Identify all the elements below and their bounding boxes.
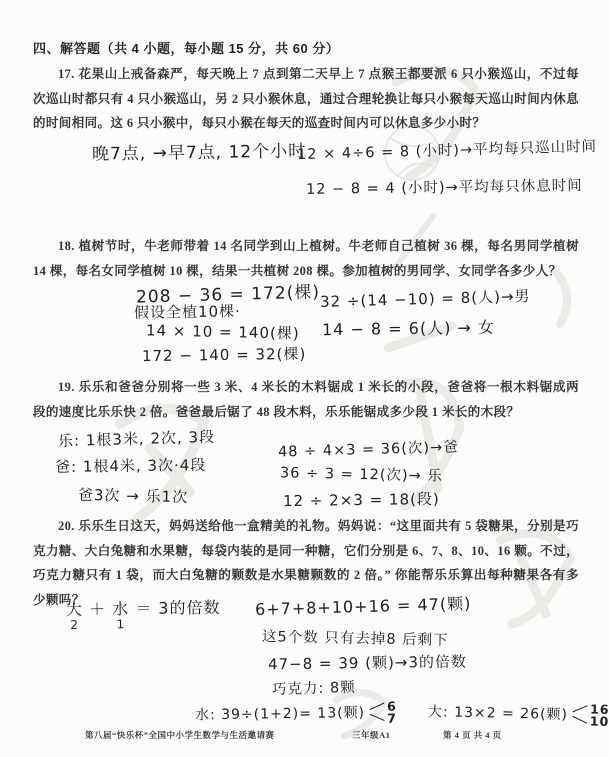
footer-competition-title: 第八届“快乐杯”全国中小学生数学与生活邀请赛	[85, 729, 275, 741]
q18-work-line: 172 − 140 = 32(棵)	[142, 343, 307, 366]
question-17-text: 17. 花果山上戒备森严，每天晚上 7 点到第二天早上 7 点猴王都要派 6 只…	[33, 62, 579, 136]
branch-value: 7	[387, 713, 397, 725]
branch-arrows	[572, 703, 590, 727]
equals-multiple-of-3: ＝ 3的倍数	[135, 598, 221, 618]
branch-values: 67	[387, 701, 397, 725]
plus-sign: ＋	[89, 600, 106, 619]
term-label: 水	[112, 596, 129, 619]
q19-work-line: 爸3次 → 乐1次	[78, 484, 189, 507]
scanned-exam-page: 四、解答题（共 4 小题，每小题 15 分，共 60 分） 17. 花果山上戒备…	[0, 0, 609, 757]
footer-page-number: 第 4 页 共 4 页	[443, 729, 502, 741]
q17-work-note: 晚7点, →早7点, 12个小时	[92, 137, 306, 165]
q20-work-line: 巧克力: 8颗	[272, 676, 356, 699]
q20-term-fruit: 水1	[112, 596, 129, 629]
q20-assumption-line: 大2 ＋ 水1 ＝ 3的倍数	[66, 595, 221, 630]
question-19-text: 19. 乐乐和爸爸分别将一些 3 米、4 米长的木料锯成 1 米长的小段，爸爸将…	[33, 375, 579, 424]
q19-work-line: 爸: 1根4米, 3次·4段	[55, 454, 207, 477]
q20-work-line: 47−8 = 39 (颗)→3的倍数	[268, 651, 467, 675]
section-header: 四、解答题（共 4 小题，每小题 15 分，共 60 分）	[33, 38, 593, 57]
q17-work-line: 12 × 4÷6 = 8 (小时)→平均每只巡山时间	[297, 135, 598, 164]
q19-work-line: 12 ÷ 2×3 = 18(段)	[283, 488, 440, 511]
q19-work-line: 36 ÷ 3 = 12(次)→ 乐	[280, 461, 443, 485]
q18-work-line: 14 − 8 = 6(人) → 女	[322, 315, 495, 340]
rabbit-equation: 大: 13×2 = 26(颗)	[428, 704, 568, 723]
q20-rabbit-result: 大: 13×2 = 26(颗)1610	[428, 700, 609, 728]
q18-work-line: 32 ÷(14 −10) = 8(人)→男	[320, 285, 531, 312]
branch-values: 1610	[590, 703, 609, 727]
term-sub: 2	[70, 620, 79, 630]
branch-value: 10	[590, 715, 609, 727]
question-18-text: 18. 植树节时，牛老师带着 14 名同学到山上植树。牛老师自己植树 36 棵，…	[33, 234, 579, 283]
q20-work-line: 这5个数 只有去掉8 后剩下	[262, 625, 449, 650]
term-sub: 1	[116, 619, 125, 629]
q20-fruit-result: 水: 39÷(1+2)= 13(颗)67	[195, 701, 397, 728]
q20-work-line: 6+7+8+10+16 = 47(颗)	[255, 591, 472, 620]
q20-term-rabbit: 大2	[66, 597, 83, 630]
q19-work-line: 48 ÷ 4×3 = 36(次)→爸	[278, 435, 459, 461]
footer-grade-label: 三年级A1	[352, 729, 390, 741]
fruit-equation: 水: 39÷(1+2)= 13(颗)	[195, 705, 365, 723]
term-label: 大	[66, 597, 83, 620]
branch-arrows	[369, 701, 387, 725]
q19-work-line: 乐: 1根3米, 2次, 3段	[58, 426, 216, 451]
q17-work-line: 12 − 8 = 4 (小时)→平均每只休息时间	[306, 174, 583, 199]
q18-work-line: 14 × 10 = 140(棵)	[146, 319, 300, 343]
